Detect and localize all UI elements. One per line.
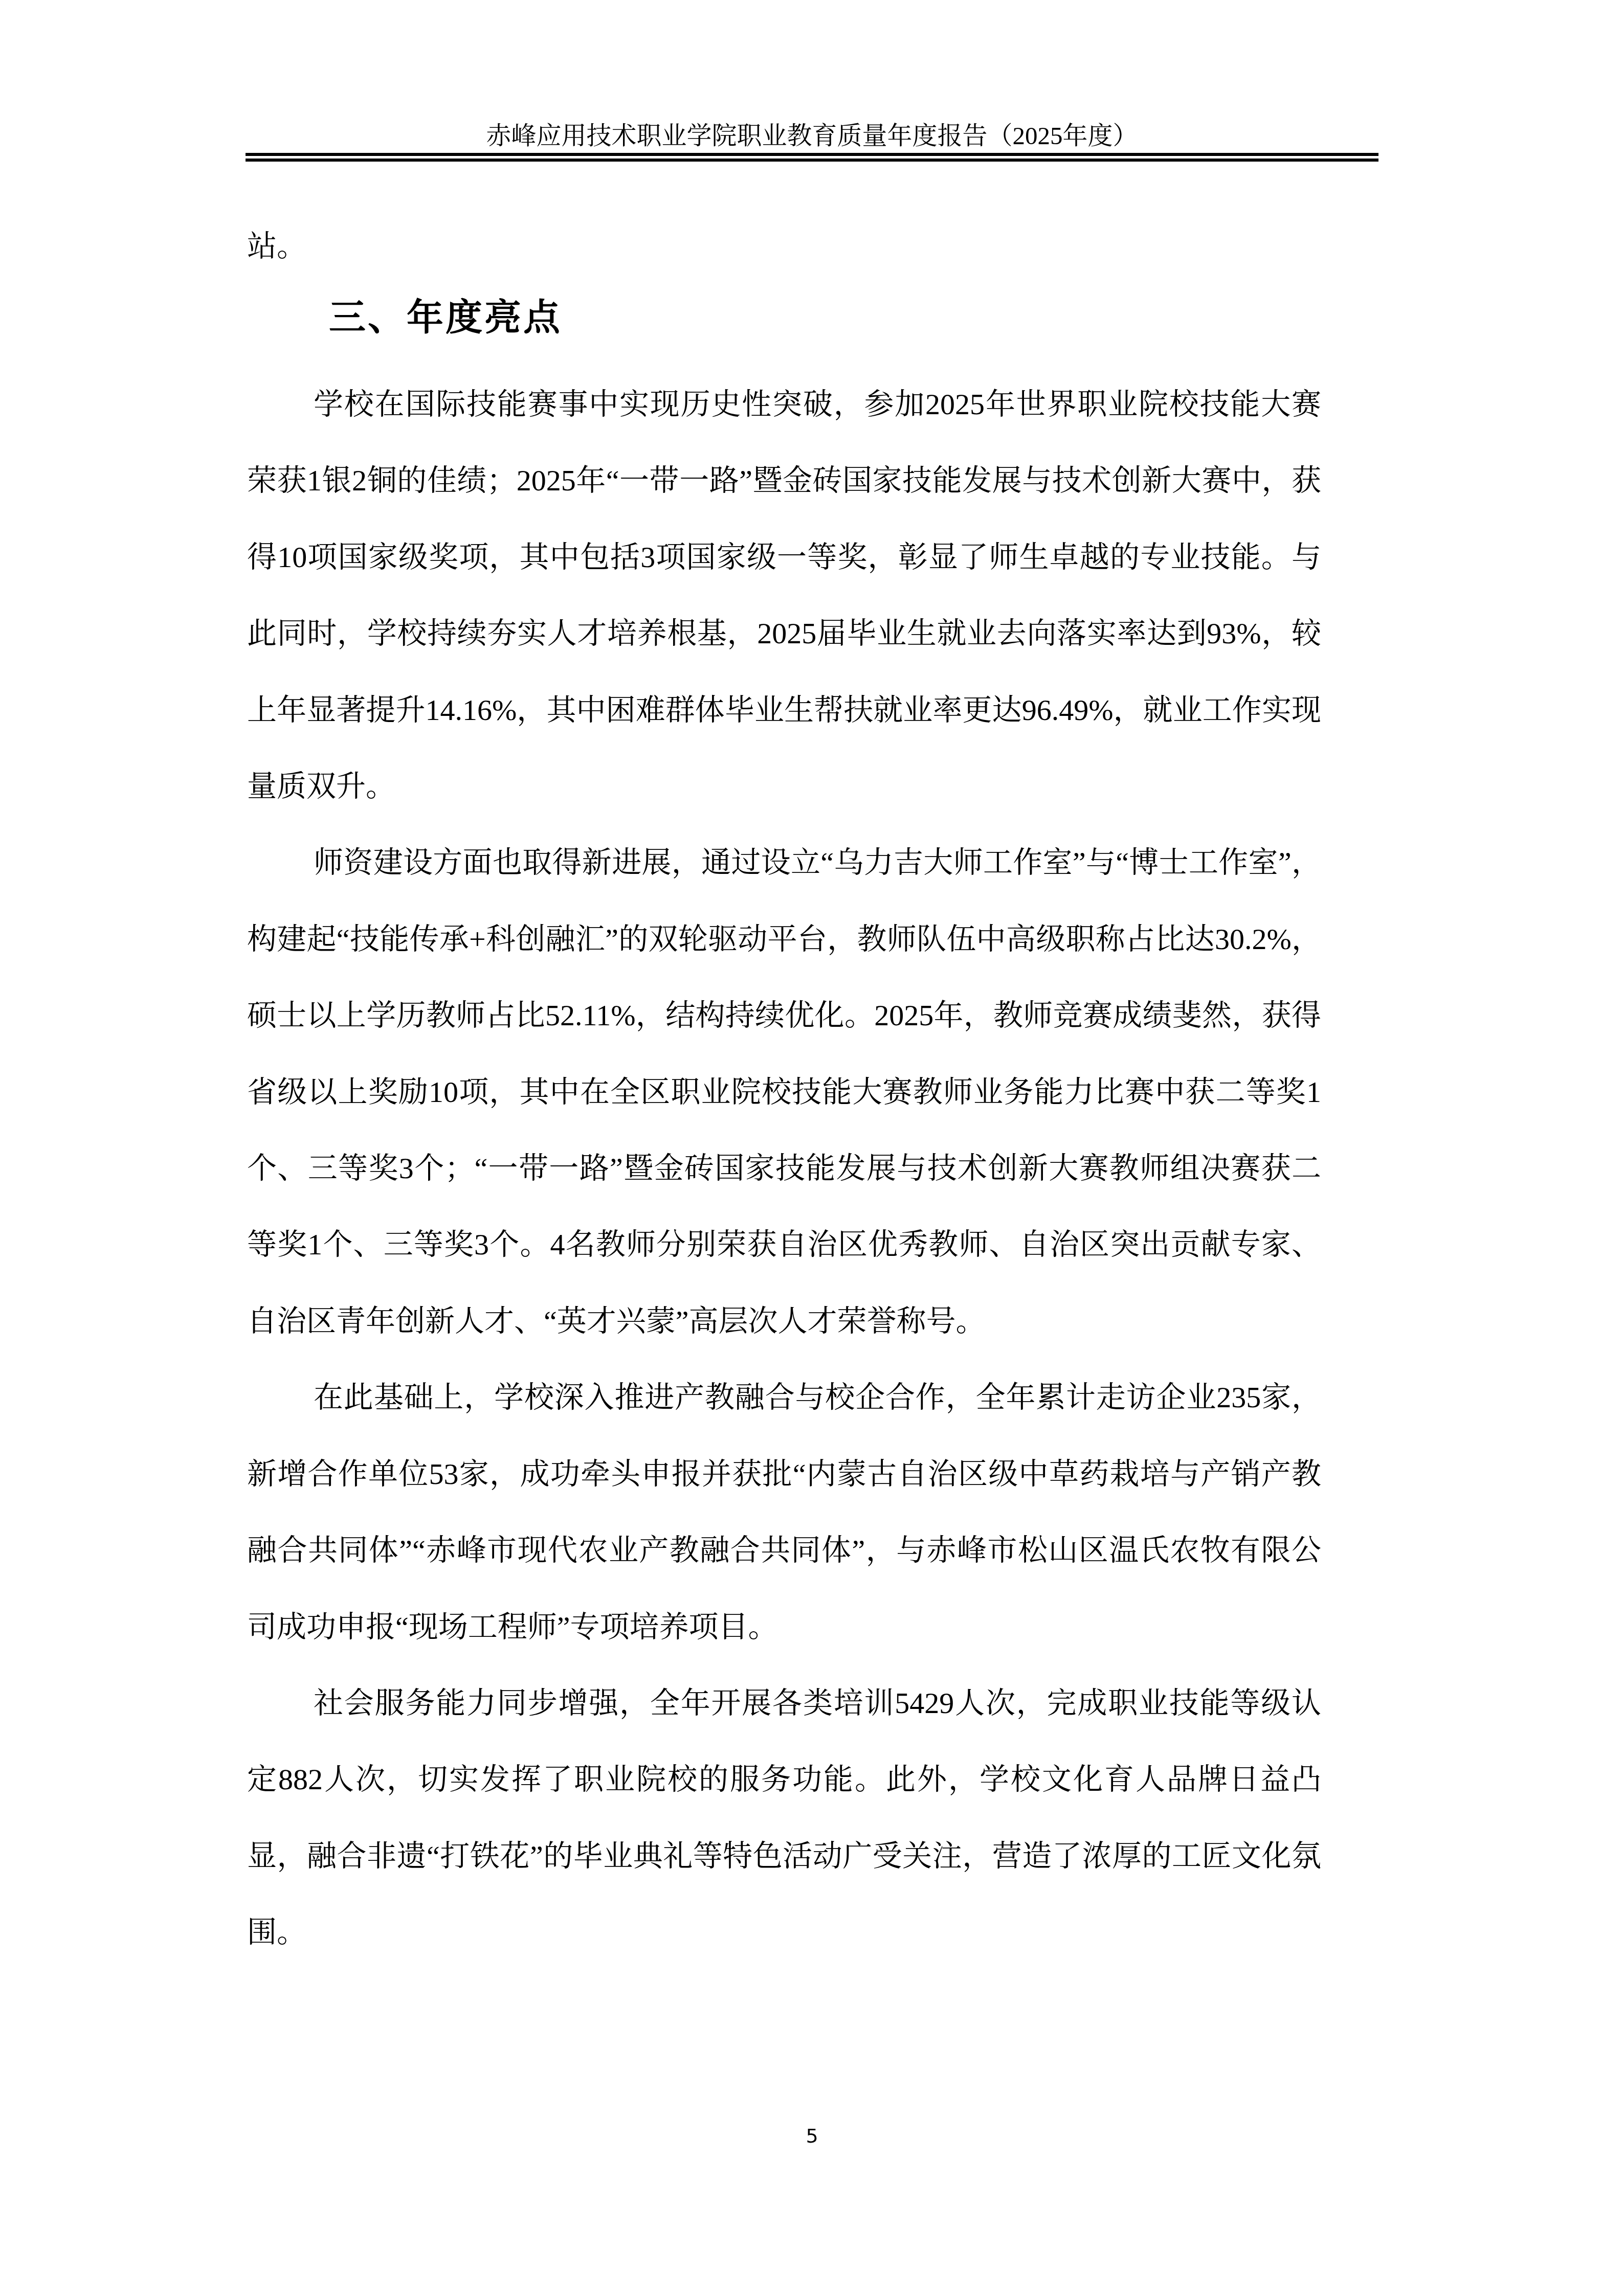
page-body: 站。 三、年度亮点 学校在国际技能赛事中实现历史性突破，参加2025年世界职业院… xyxy=(247,225,1321,1971)
paragraph-faculty-development: 师资建设方面也取得新进展，通过设立“乌力吉大师工作室”与“博士工作室”，构建起“… xyxy=(247,824,1321,1359)
carryover-text: 站。 xyxy=(247,225,1321,268)
paragraph-competition-employment: 学校在国际技能赛事中实现历史性突破，参加2025年世界职业院校技能大赛荣获1银2… xyxy=(247,366,1321,824)
paragraph-industry-cooperation: 在此基础上，学校深入推进产教融合与校企合作，全年累计走访企业235家，新增合作单… xyxy=(247,1359,1321,1665)
page-number: 5 xyxy=(0,2123,1624,2149)
header-rule-thick xyxy=(246,153,1378,156)
running-header: 赤峰应用技术职业学院职业教育质量年度报告（2025年度） xyxy=(246,121,1378,151)
paragraph-social-service-culture: 社会服务能力同步增强，全年开展各类培训5429人次，完成职业技能等级认定882人… xyxy=(247,1665,1321,1971)
section-paragraphs: 学校在国际技能赛事中实现历史性突破，参加2025年世界职业院校技能大赛荣获1银2… xyxy=(247,366,1321,1971)
running-header-title: 赤峰应用技术职业学院职业教育质量年度报告（2025年度） xyxy=(486,122,1138,150)
section-heading: 三、年度亮点 xyxy=(247,299,1321,335)
header-rule-thin xyxy=(246,159,1378,162)
